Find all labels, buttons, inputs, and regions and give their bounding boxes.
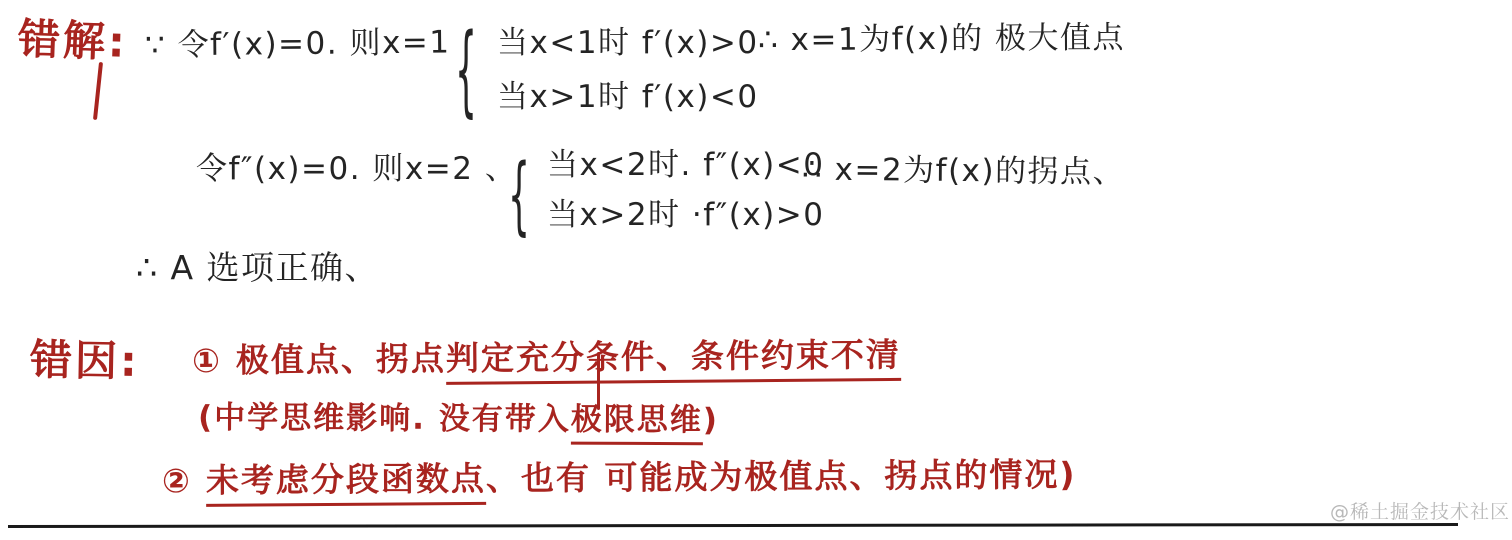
error-cause-item-1-note: (中学思维影响. 没有带入 极限思维 ) (198, 401, 719, 446)
item2-rest-text: 、也有 可能成为极值点、拐点的情况) (486, 457, 1077, 497)
pen-stroke-tail (93, 62, 103, 120)
brace-cases-1: { (455, 16, 477, 125)
item2-underlined-text: 未考虑分段函数点 (206, 461, 486, 507)
error-cause-item-2: ② 未考虑分段函数点 、也有 可能成为极值点、拐点的情况) (162, 457, 1077, 508)
bottom-ink-rule (8, 523, 1458, 528)
line1-conclusion: ∴ x=1为f(x)的 极大值点 (758, 21, 1125, 58)
item1-plain-text: 极值点、拐点 (236, 341, 446, 379)
note-close-text: ) (703, 403, 719, 437)
note-underlined-text: 极限思维 (571, 403, 703, 446)
wrong-solution-label: 错解: (17, 16, 128, 66)
community-watermark: @稀土掘金技术社区 (1330, 502, 1510, 523)
handwritten-note-page: 错解: ∵ 令f′(x)=0. 则x=1 { 当x<1时 f′(x)>0 当x>… (0, 0, 1512, 540)
note-open-text: (中学思维影响. 没有带入 (198, 401, 571, 437)
line2-conclusion: ∴ x=2为f(x)的拐点、 (802, 153, 1125, 190)
line1-case-bottom: 当x>1时 f′(x)<0 (497, 80, 759, 114)
circled-2-bullet: ② (162, 463, 192, 500)
circled-1-bullet: ① (192, 343, 222, 380)
line1-equation: ∵ 令f′(x)=0. 则x=1 (145, 25, 451, 62)
answer-conclusion: ∴ A 选项正确、 (136, 250, 379, 286)
error-cause-item-1: ① 极值点、拐点 判定充分条件、条件约束不清 (192, 337, 901, 387)
brace-cases-2: { (508, 148, 530, 242)
line1-case-top: 当x<1时 f′(x)>0 (497, 26, 759, 60)
item1-underlined-text: 判定充分条件、条件约束不清 (446, 337, 901, 385)
error-cause-label: 错因: (30, 337, 141, 385)
line2-equation: 令f″(x)=0. 则x=2 、 (196, 152, 517, 186)
line2-case-bottom: 当x>2时 ·f″(x)>0 (547, 198, 824, 232)
line2-case-top: 当x<2时. f″(x)<0 (547, 148, 824, 182)
